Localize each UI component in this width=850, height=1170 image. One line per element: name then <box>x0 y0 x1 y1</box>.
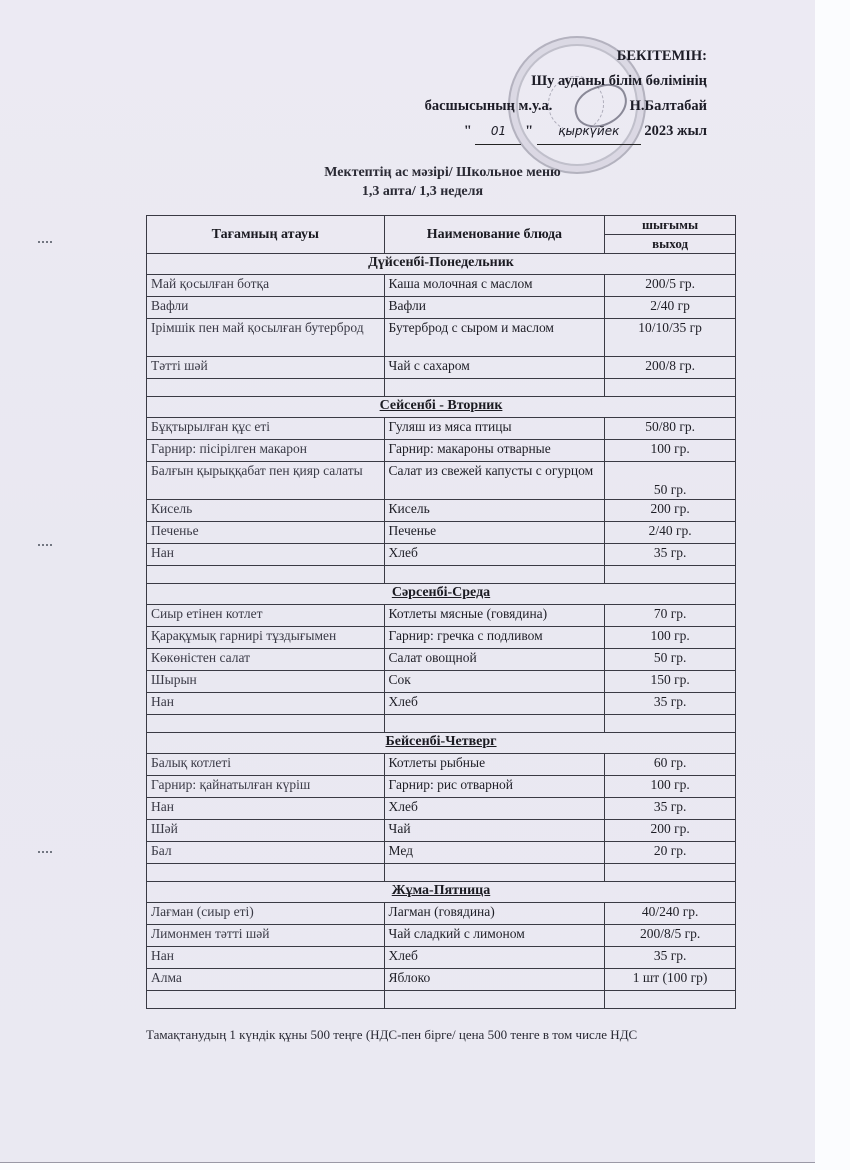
day-header-row: Сейсенбі - Вторник <box>147 397 736 418</box>
dish-name-kz: Ірімшік пен май қосылған бутерброд <box>147 319 385 357</box>
dish-name-kz: Шырын <box>147 671 385 693</box>
dish-name-ru: Чай <box>384 820 605 842</box>
dish-name-kz: Нан <box>147 544 385 566</box>
dish-name-ru: Кисель <box>384 500 605 522</box>
dish-name-ru: Хлеб <box>384 693 605 715</box>
dish-output: 1 шт (100 гр) <box>605 969 736 991</box>
dish-name-kz: Көкөністен салат <box>147 649 385 671</box>
dish-name-kz: Балық котлеті <box>147 754 385 776</box>
day-header-row: Жұма-Пятница <box>147 882 736 903</box>
table-row: Қарақұмық гарнирі тұздығыменГарнир: греч… <box>147 627 736 649</box>
approval-department: Шу ауданы білім бөлімінің <box>425 69 707 94</box>
dish-output: 100 гр. <box>605 440 736 462</box>
empty-cell <box>147 991 385 1009</box>
dish-name-kz: Шәй <box>147 820 385 842</box>
dish-name-kz: Лағман (сиыр еті) <box>147 903 385 925</box>
dish-name-kz: Нан <box>147 693 385 715</box>
table-row: Сиыр етінен котлетКотлеты мясные (говяди… <box>147 605 736 627</box>
empty-cell <box>384 379 605 397</box>
table-row: ШәйЧай200 гр. <box>147 820 736 842</box>
dish-name-kz: Кисель <box>147 500 385 522</box>
dish-output: 10/10/35 гр <box>605 319 736 357</box>
dish-name-ru: Яблоко <box>384 969 605 991</box>
dish-name-ru: Гуляш из мяса птицы <box>384 418 605 440</box>
table-row: АлмаЯблоко1 шт (100 гр) <box>147 969 736 991</box>
dish-output: 70 гр. <box>605 605 736 627</box>
approval-date-month: қыркүйек <box>537 119 641 145</box>
dish-output: 100 гр. <box>605 627 736 649</box>
dish-output: 20 гр. <box>605 842 736 864</box>
empty-cell <box>605 566 736 584</box>
title-line-1: Мектептің ас мәзірі/ Школьное меню <box>0 163 815 182</box>
punch-mark-icon <box>38 848 52 853</box>
dish-name-kz: Гарнир: қайнатылған күріш <box>147 776 385 798</box>
empty-cell <box>605 864 736 882</box>
dish-output: 100 гр. <box>605 776 736 798</box>
dish-name-kz: Нан <box>147 947 385 969</box>
header-output-kz: шығымы <box>605 216 736 235</box>
dish-name-ru: Печенье <box>384 522 605 544</box>
spacer-row <box>147 715 736 733</box>
empty-cell <box>147 715 385 733</box>
dish-output: 200/5 гр. <box>605 275 736 297</box>
dish-name-kz: Лимонмен тәтті шәй <box>147 925 385 947</box>
approval-block: БЕКІТЕМІН: Шу ауданы білім бөлімінің бас… <box>425 44 707 145</box>
dish-output: 50/80 гр. <box>605 418 736 440</box>
dish-name-kz: Сиыр етінен котлет <box>147 605 385 627</box>
day-header-row: Дүйсенбі-Понедельник <box>147 254 736 275</box>
dish-name-kz: Бұқтырылған құс еті <box>147 418 385 440</box>
punch-mark-icon <box>38 541 52 546</box>
dish-output: 2/40 гр <box>605 297 736 319</box>
table-row: Тәтті шәйЧай с сахаром200/8 гр. <box>147 357 736 379</box>
dish-output: 35 гр. <box>605 544 736 566</box>
table-row: Лағман (сиыр еті)Лагман (говядина)40/240… <box>147 903 736 925</box>
table-row: Ірімшік пен май қосылған бутербродБутерб… <box>147 319 736 357</box>
empty-cell <box>384 864 605 882</box>
dish-name-kz: Алма <box>147 969 385 991</box>
dish-name-ru: Салат из свежей капусты с огурцом <box>384 462 605 500</box>
dish-name-kz: Май қосылған ботқа <box>147 275 385 297</box>
empty-cell <box>384 715 605 733</box>
dish-name-kz: Тәтті шәй <box>147 357 385 379</box>
approval-date-day: 01 <box>475 119 521 145</box>
dish-output: 200 гр. <box>605 820 736 842</box>
dish-name-ru: Котлеты мясные (говядина) <box>384 605 605 627</box>
empty-cell <box>605 379 736 397</box>
day-name-cell: Жұма-Пятница <box>147 882 736 903</box>
dish-output: 50 гр. <box>605 649 736 671</box>
table-row: НанХлеб35 гр. <box>147 947 736 969</box>
header-dish-kz: Тағамның атауы <box>147 216 385 254</box>
table-row: НанХлеб35 гр. <box>147 693 736 715</box>
title-line-2: 1,3 апта/ 1,3 неделя <box>0 182 815 201</box>
table-row: КисельКисель200 гр. <box>147 500 736 522</box>
empty-cell <box>605 991 736 1009</box>
approval-date-year: 2023 жыл <box>644 123 707 139</box>
table-row: Балық котлетіКотлеты рыбные60 гр. <box>147 754 736 776</box>
dish-name-ru: Гарнир: макароны отварные <box>384 440 605 462</box>
dish-output: 200/8 гр. <box>605 357 736 379</box>
dish-name-ru: Хлеб <box>384 798 605 820</box>
dish-name-ru: Хлеб <box>384 947 605 969</box>
dish-output: 60 гр. <box>605 754 736 776</box>
punch-mark-icon <box>38 238 52 243</box>
dish-name-kz: Печенье <box>147 522 385 544</box>
dish-name-ru: Хлеб <box>384 544 605 566</box>
dish-name-kz: Балғын қырыққабат пен қияр салаты <box>147 462 385 500</box>
date-quote-close: " <box>525 123 533 139</box>
menu-table-body: Дүйсенбі-ПонедельникМай қосылған ботқаКа… <box>147 254 736 1009</box>
dish-name-ru: Сок <box>384 671 605 693</box>
page-title: Мектептің ас мәзірі/ Школьное меню 1,3 а… <box>0 163 815 201</box>
dish-output: 35 гр. <box>605 798 736 820</box>
dish-output: 200 гр. <box>605 500 736 522</box>
table-row: Балғын қырыққабат пен қияр салатыСалат и… <box>147 462 736 500</box>
spacer-row <box>147 566 736 584</box>
menu-table: Тағамның атауы Наименование блюда шығымы… <box>146 215 736 1009</box>
dish-name-ru: Чай сладкий с лимоном <box>384 925 605 947</box>
table-row: НанХлеб35 гр. <box>147 798 736 820</box>
empty-cell <box>147 379 385 397</box>
empty-cell <box>384 991 605 1009</box>
empty-cell <box>147 864 385 882</box>
dish-name-ru: Гарнир: рис отварной <box>384 776 605 798</box>
dish-name-ru: Гарнир: гречка с подливом <box>384 627 605 649</box>
date-quote-open: " <box>464 123 472 139</box>
day-name: Сәрсенбі-Среда <box>392 585 490 600</box>
dish-name-ru: Вафли <box>384 297 605 319</box>
dish-name-kz: Қарақұмық гарнирі тұздығымен <box>147 627 385 649</box>
approval-date: " 01 " қыркүйек 2023 жыл <box>425 119 707 145</box>
empty-cell <box>384 566 605 584</box>
dish-name-ru: Мед <box>384 842 605 864</box>
dish-output: 2/40 гр. <box>605 522 736 544</box>
dish-name-ru: Котлеты рыбные <box>384 754 605 776</box>
price-note: Тамақтанудың 1 күндік құны 500 теңге (НД… <box>146 1027 637 1043</box>
table-row: Гарнир: қайнатылған күрішГарнир: рис отв… <box>147 776 736 798</box>
header-dish-ru: Наименование блюда <box>384 216 605 254</box>
day-header-row: Сәрсенбі-Среда <box>147 584 736 605</box>
dish-name-kz: Вафли <box>147 297 385 319</box>
table-row: ПеченьеПеченье2/40 гр. <box>147 522 736 544</box>
empty-cell <box>147 566 385 584</box>
spacer-row <box>147 991 736 1009</box>
day-name-cell: Дүйсенбі-Понедельник <box>147 254 736 275</box>
table-row: ВафлиВафли2/40 гр <box>147 297 736 319</box>
day-name: Сейсенбі - Вторник <box>380 398 503 413</box>
dish-output: 200/8/5 гр. <box>605 925 736 947</box>
approval-position: басшысының м.у.а. <box>425 98 553 114</box>
table-row: НанХлеб35 гр. <box>147 544 736 566</box>
spacer-row <box>147 379 736 397</box>
approval-name: Н.Балтабай <box>630 98 707 114</box>
dish-output: 50 гр. <box>605 462 736 500</box>
day-name: Жұма-Пятница <box>392 883 491 898</box>
dish-name-ru: Бутерброд с сыром и маслом <box>384 319 605 357</box>
day-name-cell: Сәрсенбі-Среда <box>147 584 736 605</box>
dish-name-ru: Чай с сахаром <box>384 357 605 379</box>
table-row: Май қосылған ботқаКаша молочная с маслом… <box>147 275 736 297</box>
approval-heading: БЕКІТЕМІН: <box>425 44 707 69</box>
header-output-ru: выход <box>605 235 736 254</box>
dish-name-kz: Гарнир: пісірілген макарон <box>147 440 385 462</box>
empty-cell <box>605 715 736 733</box>
spacer-row <box>147 864 736 882</box>
dish-name-ru: Каша молочная с маслом <box>384 275 605 297</box>
table-row: Көкөністен салатСалат овощной50 гр. <box>147 649 736 671</box>
dish-output: 35 гр. <box>605 947 736 969</box>
dish-output: 40/240 гр. <box>605 903 736 925</box>
dish-output: 150 гр. <box>605 671 736 693</box>
dish-name-ru: Салат овощной <box>384 649 605 671</box>
day-name: Дүйсенбі-Понедельник <box>368 255 514 270</box>
dish-name-kz: Бал <box>147 842 385 864</box>
dish-name-kz: Нан <box>147 798 385 820</box>
table-row: Лимонмен тәтті шәйЧай сладкий с лимоном2… <box>147 925 736 947</box>
day-name-cell: Бейсенбі-Четверг <box>147 733 736 754</box>
day-header-row: Бейсенбі-Четверг <box>147 733 736 754</box>
day-name: Бейсенбі-Четверг <box>385 734 496 749</box>
table-row: Гарнир: пісірілген макаронГарнир: макаро… <box>147 440 736 462</box>
dish-name-ru: Лагман (говядина) <box>384 903 605 925</box>
approval-signatory: басшысының м.у.а. Н.Балтабай <box>425 94 707 119</box>
scanned-page: БЕКІТЕМІН: Шу ауданы білім бөлімінің бас… <box>0 0 815 1163</box>
day-name-cell: Сейсенбі - Вторник <box>147 397 736 418</box>
table-row: Бұқтырылған құс етіГуляш из мяса птицы50… <box>147 418 736 440</box>
table-row: ШырынСок150 гр. <box>147 671 736 693</box>
table-row: БалМед20 гр. <box>147 842 736 864</box>
dish-output: 35 гр. <box>605 693 736 715</box>
